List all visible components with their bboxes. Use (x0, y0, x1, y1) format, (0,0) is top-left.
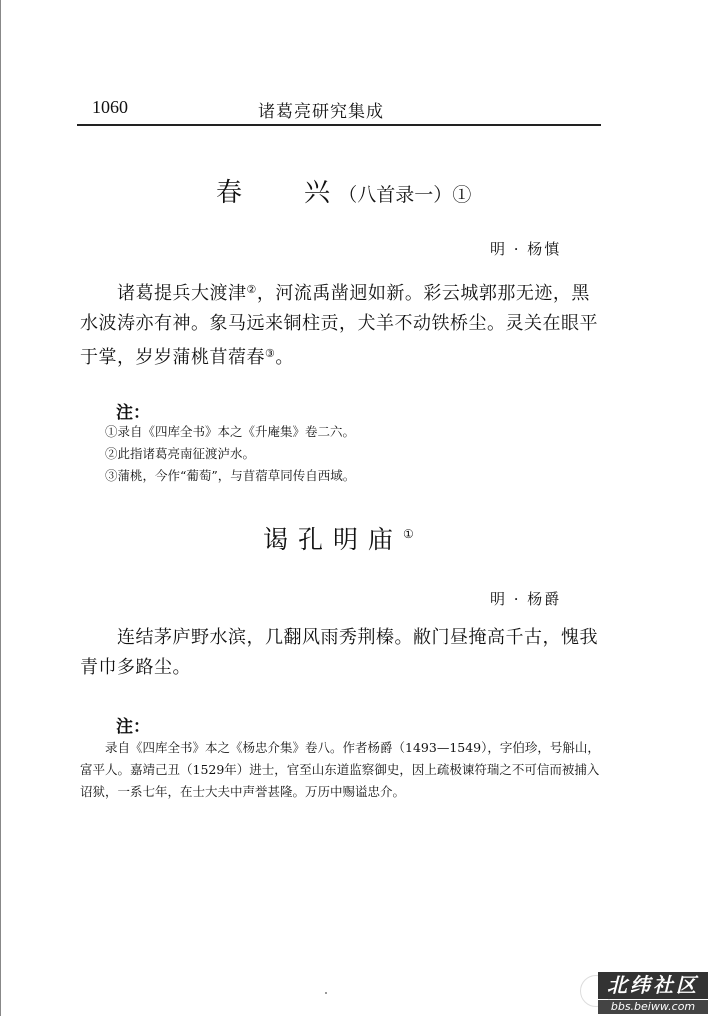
poem2-title: 谒孔明庙① (263, 520, 414, 556)
poem1-author: 明 · 杨慎 (490, 238, 561, 259)
poem1-text-seg: 诸葛提兵大渡津 (117, 283, 247, 304)
poem1-notes: ①录自《四库全书》本之《升庵集》卷二六。 ②此指诸葛亮南征渡泸水。 ③蒲桃，今作… (105, 421, 355, 487)
poem2-title-footnote: ① (403, 527, 414, 541)
note-item: 录自《四库全书》本之《杨忠介集》卷八。作者杨爵（1493—1549），字伯珍，号… (80, 740, 600, 799)
poem1-text: 诸葛提兵大渡津②，河流禹凿迥如新。彩云城郭那无迹，黑水波涛亦有神。象马远来铜柱贡… (80, 275, 605, 373)
poem2-title-text: 谒孔明庙 (263, 525, 403, 554)
poem2-text: 连结茅庐野水滨，几翻风雨秀荆榛。敝门昼掩高千古，愧我青巾多路尘。 (80, 623, 605, 683)
poem2-text-body: 连结茅庐野水滨，几翻风雨秀荆榛。敝门昼掩高千古，愧我青巾多路尘。 (80, 627, 598, 678)
note-item: ①录自《四库全书》本之《升庵集》卷二六。 (105, 421, 355, 443)
page-left-edge (0, 0, 1, 1016)
running-title: 诸葛亮研究集成 (258, 97, 384, 122)
footnote-ref: ② (247, 283, 257, 296)
poem1-title-char2: 兴 (304, 178, 330, 208)
header-rule (77, 124, 601, 126)
scan-speck (325, 992, 327, 994)
watermark-brand: 北纬社区 (598, 972, 708, 999)
note-item: ③蒲桃，今作“葡萄”，与苜蓿草同传自西域。 (105, 465, 355, 487)
footnote-ref: ③ (265, 347, 275, 360)
poem2-author: 明 · 杨爵 (490, 588, 561, 609)
poem1-text-seg: 。 (275, 347, 294, 368)
poem1-title: 春兴 （八首录一）① (216, 172, 471, 209)
watermark-url: bbs.beiww.com (598, 1000, 708, 1014)
poem2-notes-heading: 注： (116, 712, 150, 737)
poem2-notes: 录自《四库全书》本之《杨忠介集》卷八。作者杨爵（1493—1549），字伯珍，号… (80, 737, 600, 803)
note-item: ②此指诸葛亮南征渡泸水。 (105, 443, 355, 465)
poem1-notes-heading: 注： (116, 398, 150, 423)
watermark: 北纬社区 bbs.beiww.com (598, 972, 708, 1012)
poem1-title-sub: （八首录一） (338, 184, 452, 206)
poem1-title-footnote: ① (452, 184, 471, 206)
poem1-title-char1: 春 (216, 178, 242, 208)
page-number: 1060 (92, 97, 128, 118)
